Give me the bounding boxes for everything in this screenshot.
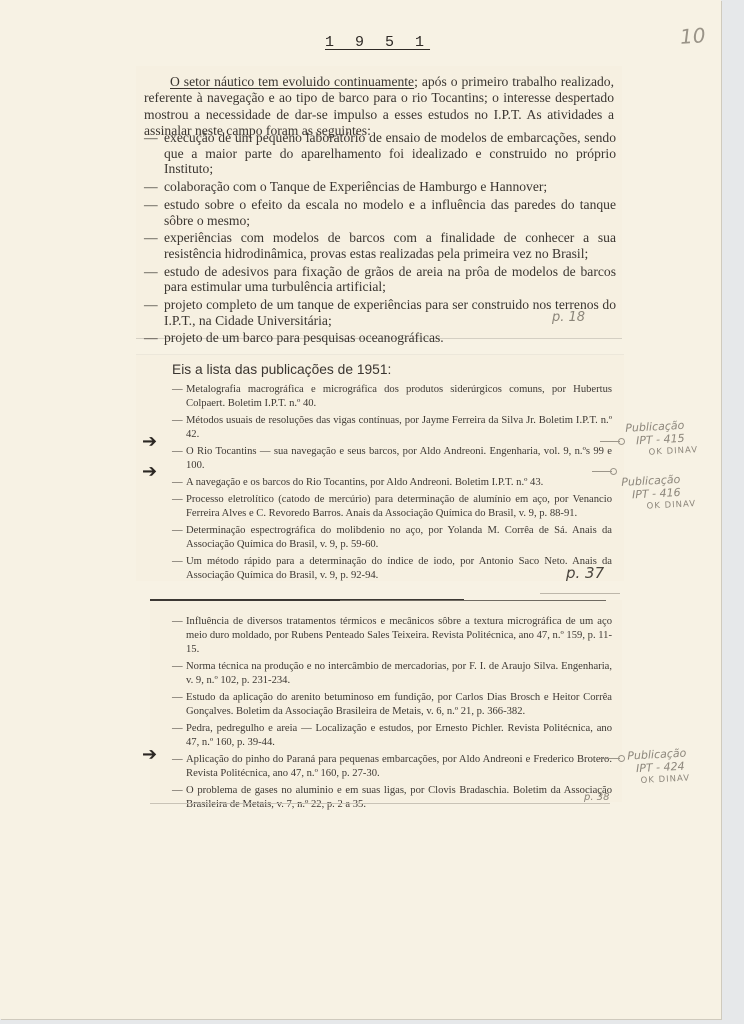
list-item: —Metalografia macrográfica e micrográfic… <box>172 383 612 411</box>
annotation-leader-line <box>600 441 620 442</box>
list-item: —projeto completo de um tanque de experi… <box>144 297 616 328</box>
list-item: —O problema de gases no aluminio e em su… <box>172 784 612 812</box>
handwritten-page-number: 10 <box>679 23 706 49</box>
list-item: —Estudo da aplicação do arenito betumino… <box>172 691 612 719</box>
annotation-leader-line <box>592 471 612 472</box>
dash: — <box>144 130 158 146</box>
intro-lead: O setor náutico tem evoluido continuamen… <box>170 74 414 89</box>
arrow-right-icon: ➔ <box>142 433 157 451</box>
dash: — <box>144 197 158 213</box>
publications-heading: Eis a lista das publicações de 1951: <box>172 362 391 377</box>
list-item: —colaboração com o Tanque de Experiência… <box>144 179 616 195</box>
list-item: —Norma técnica na produção e no intercâm… <box>172 660 612 688</box>
list-item: —Um método rápido para a determinação do… <box>172 555 612 583</box>
handwritten-annotation: Publicação IPT - 424 OK DINAV <box>627 746 690 788</box>
handwritten-page-ref: p. 18 <box>552 310 585 325</box>
list-item: —experiências com modelos de barcos com … <box>144 230 616 261</box>
list-item: —Processo eletrolítico (catodo de mercúr… <box>172 493 612 521</box>
dash: — <box>144 330 158 346</box>
handwritten-page-ref: p. 38 <box>584 792 609 803</box>
list-item: —estudo de adesivos para fixação de grão… <box>144 264 616 295</box>
document-page: 10 1 9 5 1 O setor náutico tem evoluido … <box>0 0 721 1019</box>
list-item: —execução de um pequeno laboratório de e… <box>144 130 616 177</box>
list-item: —Pedra, pedregulho e areia — Localização… <box>172 722 612 750</box>
divider <box>150 803 610 804</box>
dash: — <box>144 297 158 313</box>
dash: — <box>144 230 158 246</box>
annotation-leader-line <box>600 758 620 759</box>
divider <box>340 600 606 601</box>
handwritten-annotation: Publicação IPT - 416 OK DINAV <box>621 472 696 515</box>
divider <box>540 593 620 594</box>
list-item: —Aplicação do pinho do Paraná para peque… <box>172 753 612 781</box>
list-item: —A navegação e os barcos do Rio Tocantin… <box>172 476 612 490</box>
list-item: —Influência de diversos tratamentos térm… <box>172 615 612 657</box>
publications-list-1: —Metalografia macrográfica e micrográfic… <box>172 383 612 586</box>
year-heading: 1 9 5 1 <box>325 34 430 51</box>
list-item: —Métodos usuais de resoluções das vigas … <box>172 414 612 442</box>
list-item: —Determinação espectrográfica do molibde… <box>172 524 612 552</box>
ink-speck <box>410 204 412 206</box>
publications-list-2: —Influência de diversos tratamentos térm… <box>172 615 612 815</box>
arrow-right-icon: ➔ <box>142 463 157 481</box>
list-item: —projeto de um barco para pesquisas ocea… <box>144 330 616 346</box>
arrow-right-icon: ➔ <box>142 746 157 764</box>
handwritten-annotation: Publicação IPT - 415 OK DINAV <box>625 418 698 461</box>
activity-list: —execução de um pequeno laboratório de e… <box>144 130 616 348</box>
list-item: —O Rio Tocantins — sua navegação e seus … <box>172 445 612 473</box>
dash: — <box>144 264 158 280</box>
handwritten-page-ref: p. 37 <box>566 564 604 582</box>
list-item: —estudo sobre o efeito da escala no mode… <box>144 197 616 228</box>
dash: — <box>144 179 158 195</box>
